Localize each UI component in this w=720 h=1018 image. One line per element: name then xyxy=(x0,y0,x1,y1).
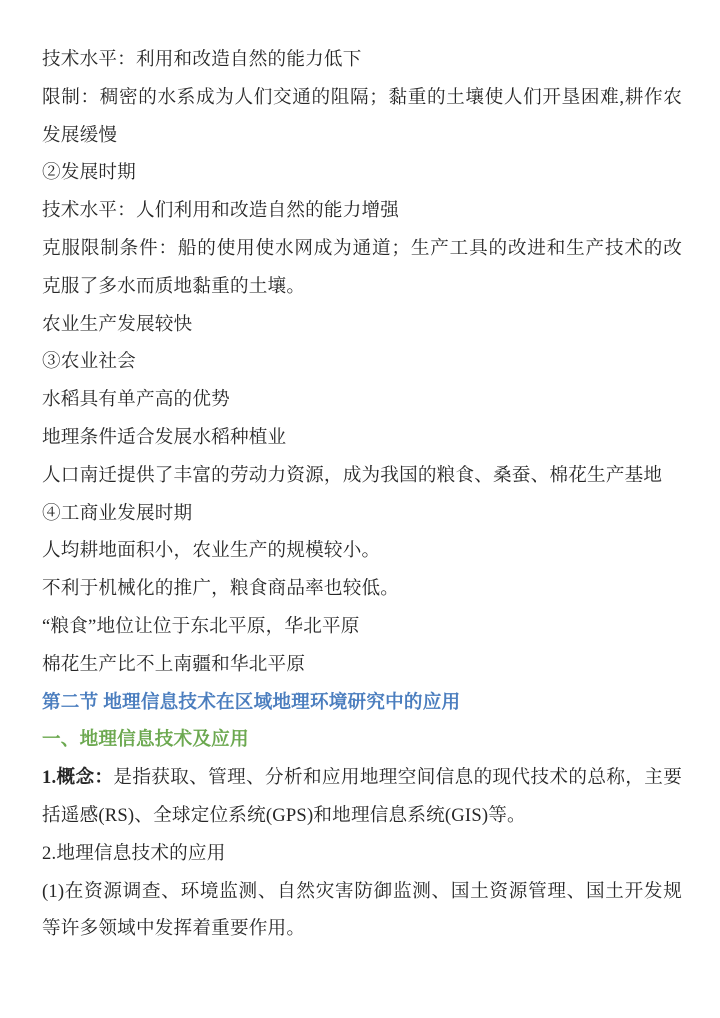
paragraph-line: 2.地理信息技术的应用 xyxy=(42,835,682,873)
document-content: 技术水平：利用和改造自然的能力低下限制：稠密的水系成为人们交通的阻隔；黏重的土壤… xyxy=(42,41,682,948)
paragraph-line: 技术水平：人们利用和改造自然的能力增强 xyxy=(42,192,682,230)
paragraph-line: “粮食”地位让位于东北平原，华北平原 xyxy=(42,608,682,646)
paragraph-line: 人均耕地面积小，农业生产的规模较小。 xyxy=(42,532,682,570)
paragraph-line: 水稻具有单产高的优势 xyxy=(42,381,682,419)
paragraph-line: 不利于机械化的推广，粮食商品率也较低。 xyxy=(42,570,682,608)
document-page: 技术水平：利用和改造自然的能力低下限制：稠密的水系成为人们交通的阻隔；黏重的土壤… xyxy=(0,0,720,1018)
paragraph-line: (1)在资源调查、环境监测、自然灾害防御监测、国土资源管理、国土开发规划 xyxy=(42,873,682,911)
paragraph-line: 发展缓慢 xyxy=(42,117,682,155)
paragraph-line: 克服限制条件：船的使用使水网成为通道；生产工具的改进和生产技术的改良， xyxy=(42,230,682,268)
paragraph-line: 地理条件适合发展水稻种植业 xyxy=(42,419,682,457)
paragraph-line: 技术水平：利用和改造自然的能力低下 xyxy=(42,41,682,79)
paragraph-line: 克服了多水而质地黏重的土壤。 xyxy=(42,268,682,306)
subsection-heading: 一、地理信息技术及应用 xyxy=(42,721,682,759)
bold-term: 1.概念： xyxy=(42,767,113,788)
paragraph-line: ④工商业发展时期 xyxy=(42,495,682,533)
paragraph-line: 1.概念：是指获取、管理、分析和应用地理空间信息的现代技术的总称，主要包 xyxy=(42,759,682,797)
paragraph-line: 人口南迁提供了丰富的劳动力资源，成为我国的粮食、桑蚕、棉花生产基地 xyxy=(42,457,682,495)
paragraph-line: 等许多领域中发挥着重要作用。 xyxy=(42,910,682,948)
paragraph-line: ③农业社会 xyxy=(42,343,682,381)
line-text: 是指获取、管理、分析和应用地理空间信息的现代技术的总称，主要包 xyxy=(42,767,682,797)
paragraph-line: 农业生产发展较快 xyxy=(42,306,682,344)
paragraph-line: 棉花生产比不上南疆和华北平原 xyxy=(42,646,682,684)
paragraph-line: 括遥感(RS)、全球定位系统(GPS)和地理信息系统(GIS)等。 xyxy=(42,797,682,835)
section-heading: 第二节 地理信息技术在区域地理环境研究中的应用 xyxy=(42,684,682,722)
paragraph-line: ②发展时期 xyxy=(42,154,682,192)
paragraph-line: 限制：稠密的水系成为人们交通的阻隔；黏重的土壤使人们开垦困难,耕作农业 xyxy=(42,79,682,117)
